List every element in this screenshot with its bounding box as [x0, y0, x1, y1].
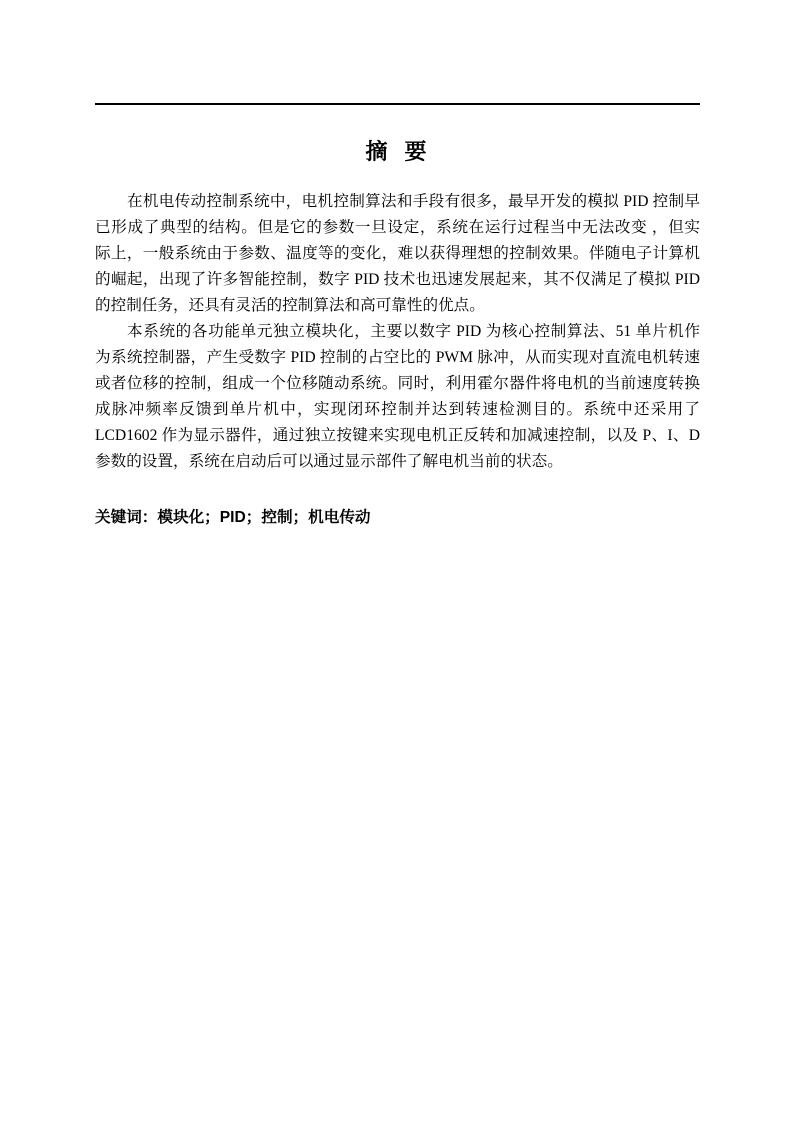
abstract-page: 摘 要 在机电传动控制系统中，电机控制算法和手段有很多，最早开发的模拟 PID … — [0, 0, 793, 1122]
header-divider-rule — [95, 103, 700, 105]
paragraph1-line1: 在机电传动控制系统中，电机控制算法和手段有很多，最早开发的模拟 PID 控制早 — [95, 189, 700, 215]
abstract-body: 在机电传动控制系统中，电机控制算法和手段有很多，最早开发的模拟 PID 控制早 … — [95, 189, 700, 475]
paragraph2-line4: 成脉冲频率反馈到单片机中，实现闭环控制并达到转速检测目的。系统中还采用了 — [95, 397, 700, 423]
paragraph1-line5: 的控制任务，还具有灵活的控制算法和高可靠性的优点。 — [95, 293, 700, 319]
paragraph1-line3: 际上，一般系统由于参数、温度等的变化，难以获得理想的控制效果。伴随电子计算机 — [95, 241, 700, 267]
paragraph1-line4: 的崛起，出现了许多智能控制，数字 PID 技术也迅速发展起来，其不仅满足了模拟 … — [95, 267, 700, 293]
paragraph2-line1: 本系统的各功能单元独立模块化，主要以数字 PID 为核心控制算法、51 单片机作 — [95, 319, 700, 345]
paragraph2-line5: LCD1602 作为显示器件，通过独立按键来实现电机正反转和加减速控制，以及 P… — [95, 423, 700, 449]
keywords-label: 关键词： — [95, 509, 157, 526]
paragraph2-line6: 参数的设置，系统在启动后可以通过显示部件了解电机当前的状态。 — [95, 449, 700, 475]
keywords-line: 关键词：模块化；PID；控制；机电传动 — [95, 505, 700, 531]
paragraph2-line2: 为系统控制器，产生受数字 PID 控制的占空比的 PWM 脉冲，从而实现对直流电… — [95, 345, 700, 371]
abstract-title: 摘 要 — [0, 137, 793, 167]
keywords-text: 模块化；PID；控制；机电传动 — [157, 509, 370, 526]
paragraph1-line2: 已形成了典型的结构。但是它的参数一旦设定，系统在运行过程当中无法改变 ，但实 — [95, 215, 700, 241]
paragraph2-line3: 或者位移的控制，组成一个位移随动系统。同时，利用霍尔器件将电机的当前速度转换 — [95, 371, 700, 397]
